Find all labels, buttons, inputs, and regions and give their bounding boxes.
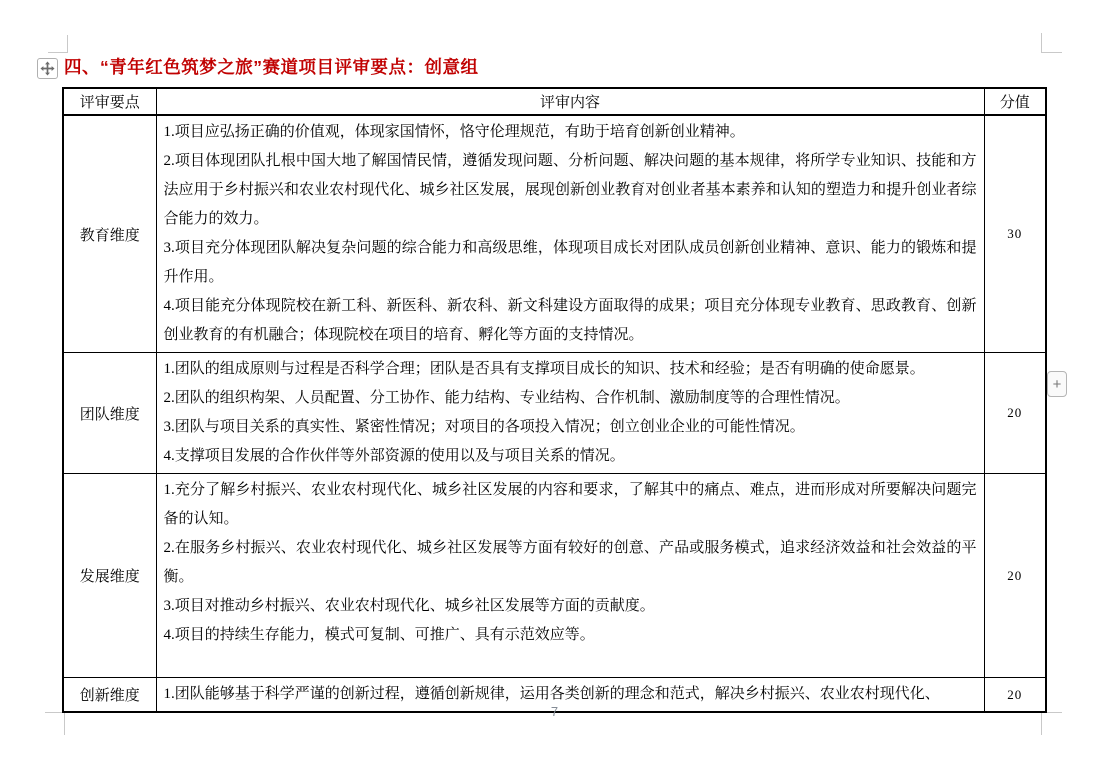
add-button[interactable]: +	[1047, 371, 1067, 397]
header-cell-score: 分值	[984, 88, 1046, 115]
table-move-handle[interactable]	[37, 58, 58, 79]
criteria-item: 3.项目充分体现团队解决复杂问题的综合能力和高级思维，体现项目成长对团队成员创新…	[164, 234, 977, 292]
rubric-table: 评审要点 评审内容 分值 教育维度1.项目应弘扬正确的价值观，体现家国情怀，恪守…	[62, 87, 1047, 713]
page-number: 7	[62, 704, 1047, 719]
dimension-cell: 教育维度	[63, 115, 156, 353]
table-header-row: 评审要点 评审内容 分值	[63, 88, 1046, 115]
criteria-cell: 1.充分了解乡村振兴、农业农村现代化、城乡社区发展的内容和要求，了解其中的痛点、…	[156, 474, 984, 678]
table-row: 团队维度1.团队的组成原则与过程是否科学合理；团队是否具有支撑项目成长的知识、技…	[63, 353, 1046, 474]
score-cell: 20	[984, 474, 1046, 678]
dimension-cell: 团队维度	[63, 353, 156, 474]
margin-mark-top-right	[1041, 33, 1062, 53]
score-cell: 20	[984, 353, 1046, 474]
page-title: 四、“青年红色筑梦之旅”赛道项目评审要点：创意组	[64, 54, 479, 79]
criteria-cell: 1.团队的组成原则与过程是否科学合理；团队是否具有支撑项目成长的知识、技术和经验…	[156, 353, 984, 474]
margin-mark-top-left	[48, 35, 68, 53]
header-cell-content: 评审内容	[156, 88, 984, 115]
table-row: 教育维度1.项目应弘扬正确的价值观，体现家国情怀，恪守伦理规范，有助于培育创新创…	[63, 115, 1046, 353]
table-row: 发展维度1.充分了解乡村振兴、农业农村现代化、城乡社区发展的内容和要求，了解其中…	[63, 474, 1046, 678]
criteria-item: 1.项目应弘扬正确的价值观，体现家国情怀，恪守伦理规范，有助于培育创新创业精神。	[164, 118, 977, 147]
criteria-item: 4.项目能充分体现院校在新工科、新医科、新农科、新文科建设方面取得的成果；项目充…	[164, 292, 977, 350]
criteria-item: 4.支撑项目发展的合作伙伴等外部资源的使用以及与项目关系的情况。	[164, 442, 977, 471]
criteria-cell: 1.项目应弘扬正确的价值观，体现家国情怀，恪守伦理规范，有助于培育创新创业精神。…	[156, 115, 984, 353]
score-cell: 30	[984, 115, 1046, 353]
criteria-item: 2.在服务乡村振兴、农业农村现代化、城乡社区发展等方面有较好的创意、产品或服务模…	[164, 534, 977, 592]
criteria-item: 2.项目体现团队扎根中国大地了解国情民情，遵循发现问题、分析问题、解决问题的基本…	[164, 147, 977, 234]
criteria-item: 1.充分了解乡村振兴、农业农村现代化、城乡社区发展的内容和要求，了解其中的痛点、…	[164, 476, 977, 534]
move-cross-icon	[40, 61, 55, 76]
plus-icon: +	[1053, 376, 1062, 393]
criteria-item: 3.团队与项目关系的真实性、紧密性情况；对项目的各项投入情况；创立创业企业的可能…	[164, 413, 977, 442]
criteria-item: 1.团队的组成原则与过程是否科学合理；团队是否具有支撑项目成长的知识、技术和经验…	[164, 355, 977, 384]
header-cell-dimension: 评审要点	[63, 88, 156, 115]
criteria-item: 3.项目对推动乡村振兴、农业农村现代化、城乡社区发展等方面的贡献度。	[164, 592, 977, 621]
document-page: 四、“青年红色筑梦之旅”赛道项目评审要点：创意组 评审要点 评审内容 分值 教育…	[0, 0, 1102, 760]
dimension-cell: 发展维度	[63, 474, 156, 678]
criteria-item: 4.项目的持续生存能力，模式可复制、可推广、具有示范效应等。	[164, 621, 977, 650]
criteria-item: 2.团队的组织构架、人员配置、分工协作、能力结构、专业结构、合作机制、激励制度等…	[164, 384, 977, 413]
